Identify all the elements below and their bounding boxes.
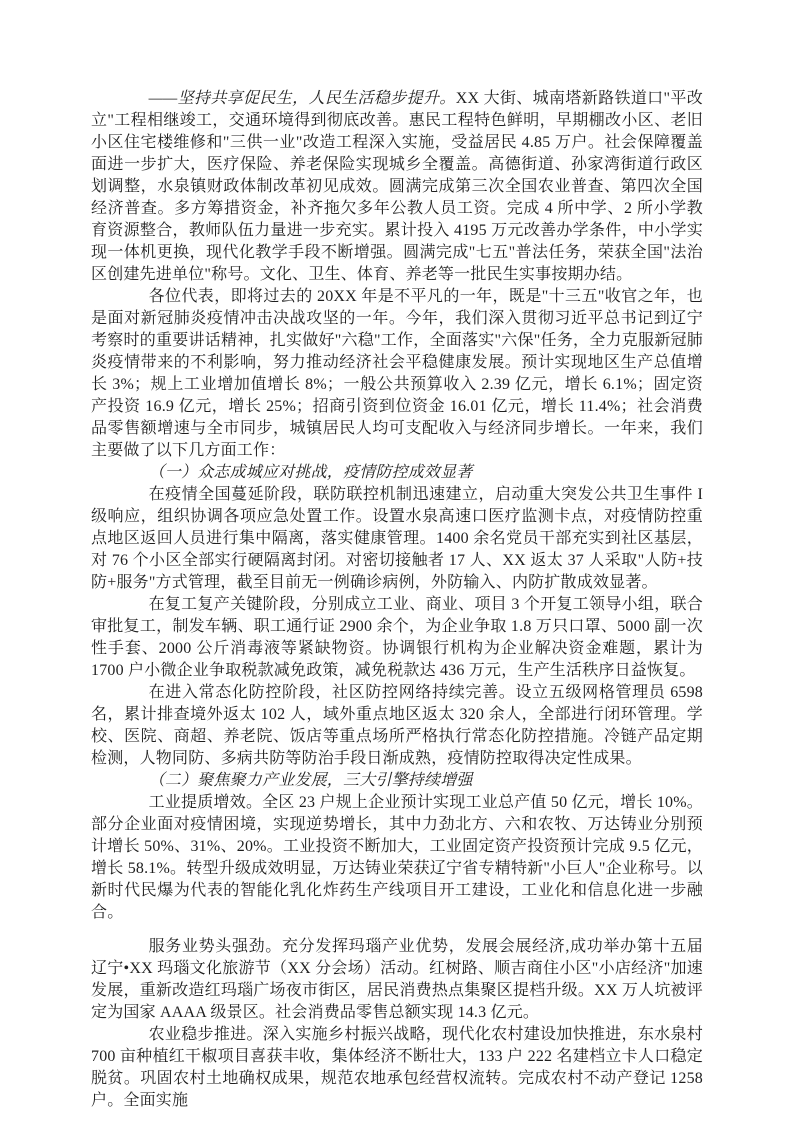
paragraph-livelihood: ——坚持共享促民生，人民生活稳步提升。XX 大街、城南塔新路铁道口"平改立"工程… — [91, 88, 703, 286]
paragraph-overview: 各位代表，即将过去的 20XX 年是不平凡的一年，既是"十三五"收官之年，也是面… — [91, 286, 703, 462]
section-heading-1: （一）众志成城应对挑战，疫情防控成效显著 — [91, 462, 703, 484]
paragraph-epidemic-spread-stage: 在疫情全国蔓延阶段，联防联控机制迅速建立，启动重大突发公共卫生事件 I 级响应，… — [91, 484, 703, 594]
paragraph-industry: 工业提质增效。全区 23 户规上企业预计实现工业总产值 50 亿元，增长 10%… — [91, 792, 703, 924]
paragraph-lead-in: ——坚持共享促民生，人民生活稳步提升。 — [149, 90, 456, 107]
paragraph-agriculture: 农业稳步推进。深入实施乡村振兴战略，现代化农村建设加快推进，东水泉村 700 亩… — [91, 1024, 703, 1112]
paragraph-service-industry: 服务业势头强劲。充分发挥玛瑙产业优势，发展会展经济,成功举办第十五届辽宁•XX … — [91, 936, 703, 1024]
paragraph-normalized-control-stage: 在进入常态化防控阶段，社区防控网络持续完善。设立五级网格管理员 6598 名，累… — [91, 682, 703, 770]
document-content: ——坚持共享促民生，人民生活稳步提升。XX 大街、城南塔新路铁道口"平改立"工程… — [91, 88, 703, 1112]
paragraph-body-text: XX 大街、城南塔新路铁道口"平改立"工程相继竣工，交通环境得到彻底改善。惠民工… — [91, 90, 703, 283]
section-heading-2: （二）聚焦聚力产业发展，三大引擎持续增强 — [91, 770, 703, 792]
paragraph-work-resumption-stage: 在复工复产关键阶段，分别成立工业、商业、项目 3 个开复工领导小组，联合审批复工… — [91, 594, 703, 682]
document-page: ——坚持共享促民生，人民生活稳步提升。XX 大街、城南塔新路铁道口"平改立"工程… — [0, 0, 793, 1122]
